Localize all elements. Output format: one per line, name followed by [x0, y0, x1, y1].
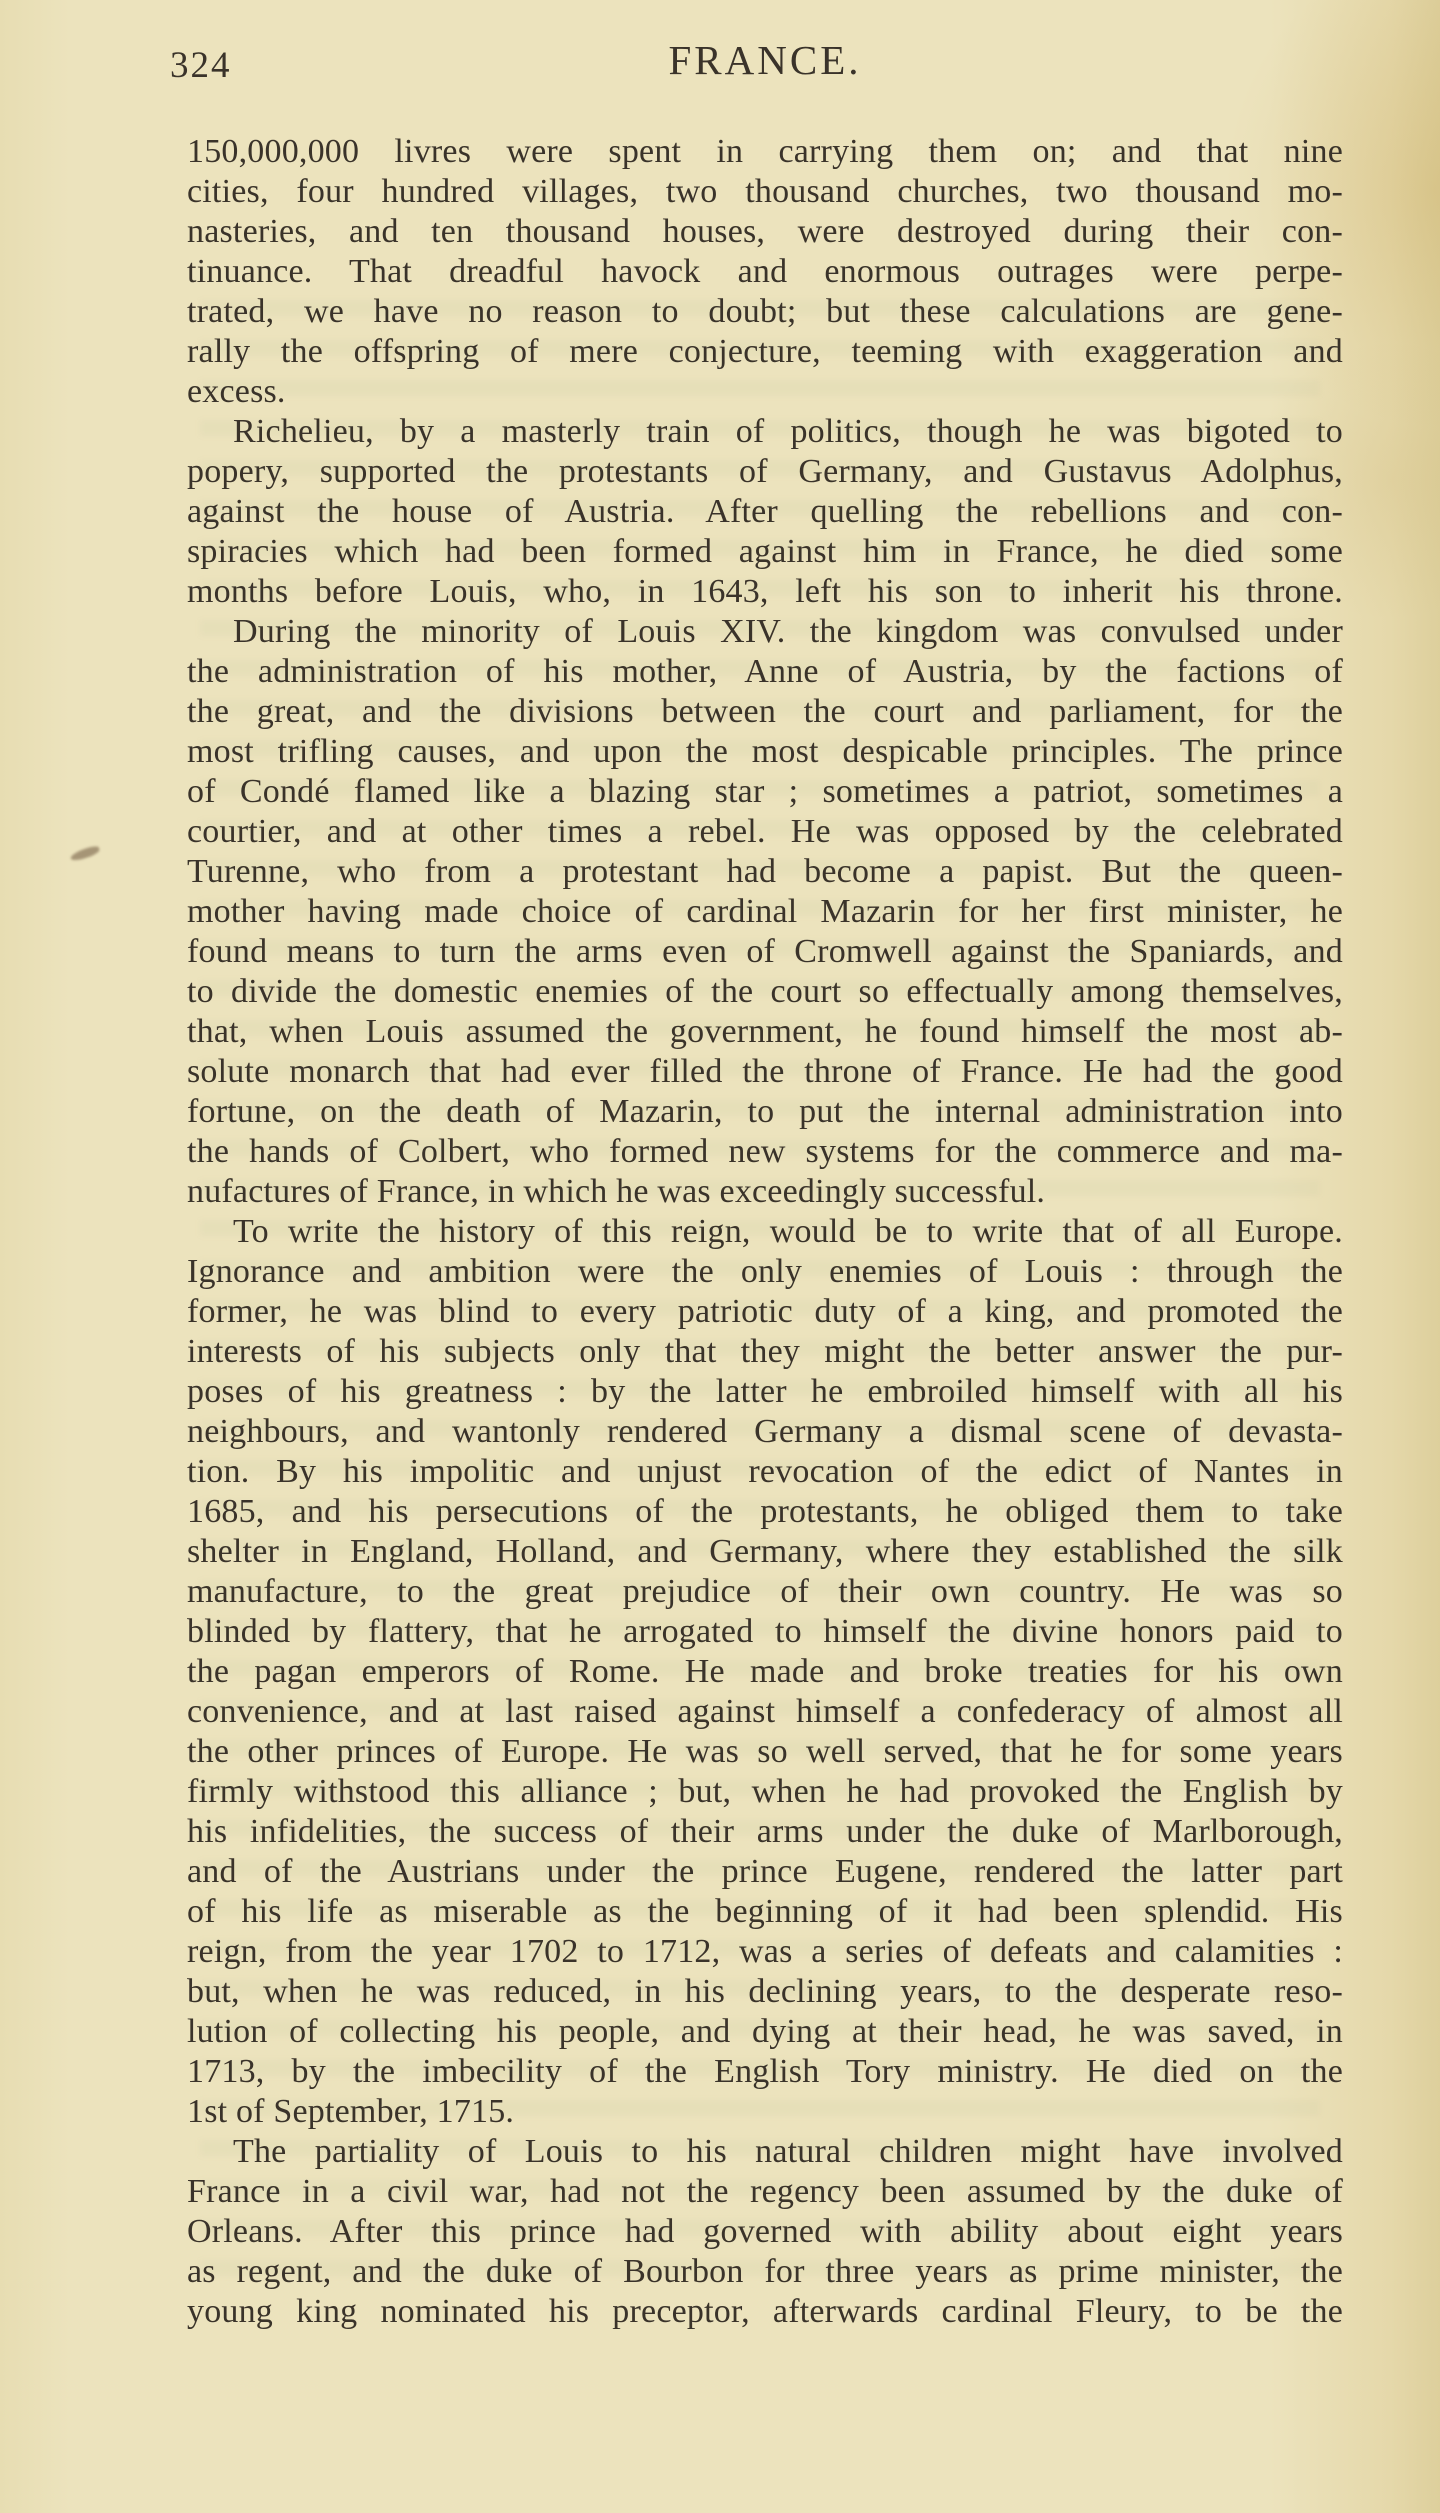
text-line: cities, four hundred villages, two thous…: [187, 172, 1343, 212]
text-line: the great, and the divisions between the…: [187, 692, 1343, 732]
text-line: nufactures of France, in which he was ex…: [187, 1172, 1343, 1212]
text-line: the other princes of Europe. He was so w…: [187, 1732, 1343, 1772]
text-line: Turenne, who from a protestant had becom…: [187, 852, 1343, 892]
text-line: of Condé flamed like a blazing star ; so…: [187, 772, 1343, 812]
paragraph: To write the history of this reign, woul…: [187, 1212, 1343, 2132]
text-line: manufacture, to the great prejudice of t…: [187, 1572, 1343, 1612]
text-line: spiracies which had been formed against …: [187, 532, 1343, 572]
paragraph: The partiality of Louis to his natural c…: [187, 2132, 1343, 2332]
text-line: as regent, and the duke of Bourbon for t…: [187, 2252, 1343, 2292]
text-line: tinuance. That dreadful havock and enorm…: [187, 252, 1343, 292]
text-line: The partiality of Louis to his natural c…: [187, 2132, 1343, 2172]
body-text: 150,000,000 livres were spent in carryin…: [187, 132, 1343, 2332]
text-line: of his life as miserable as the beginnin…: [187, 1892, 1343, 1932]
text-line: most trifling causes, and upon the most …: [187, 732, 1343, 772]
text-line: his infidelities, the success of their a…: [187, 1812, 1343, 1852]
text-line: rally the offspring of mere conjecture, …: [187, 332, 1343, 372]
text-line: young king nominated his preceptor, afte…: [187, 2292, 1343, 2332]
text-line: tion. By his impolitic and unjust revoca…: [187, 1452, 1343, 1492]
text-line: solute monarch that had ever filled the …: [187, 1052, 1343, 1092]
text-line: courtier, and at other times a rebel. He…: [187, 812, 1343, 852]
text-line: that, when Louis assumed the government,…: [187, 1012, 1343, 1052]
text-line: nasteries, and ten thousand houses, were…: [187, 212, 1343, 252]
running-title: FRANCE.: [187, 36, 1343, 84]
paragraph: Richelieu, by a masterly train of politi…: [187, 412, 1343, 612]
text-line: interests of his subjects only that they…: [187, 1332, 1343, 1372]
text-line: mother having made choice of cardinal Ma…: [187, 892, 1343, 932]
text-line: Ignorance and ambition were the only ene…: [187, 1252, 1343, 1292]
text-line: former, he was blind to every patriotic …: [187, 1292, 1343, 1332]
ink-smudge: [69, 845, 100, 863]
text-line: 150,000,000 livres were spent in carryin…: [187, 132, 1343, 172]
text-line: shelter in England, Holland, and Germany…: [187, 1532, 1343, 1572]
text-line: months before Louis, who, in 1643, left …: [187, 572, 1343, 612]
text-line: against the house of Austria. After quel…: [187, 492, 1343, 532]
text-line: and of the Austrians under the prince Eu…: [187, 1852, 1343, 1892]
text-line: firmly withstood this alliance ; but, wh…: [187, 1772, 1343, 1812]
paragraph: During the minority of Louis XIV. the ki…: [187, 612, 1343, 1212]
book-page: 324 FRANCE. 150,000,000 livres were spen…: [0, 0, 1440, 2513]
text-line: To write the history of this reign, woul…: [187, 1212, 1343, 1252]
text-line: the pagan emperors of Rome. He made and …: [187, 1652, 1343, 1692]
text-line: During the minority of Louis XIV. the ki…: [187, 612, 1343, 652]
text-line: the administration of his mother, Anne o…: [187, 652, 1343, 692]
text-line: the hands of Colbert, who formed new sys…: [187, 1132, 1343, 1172]
text-line: poses of his greatness : by the latter h…: [187, 1372, 1343, 1412]
text-line: 1713, by the imbecility of the English T…: [187, 2052, 1343, 2092]
text-line: reign, from the year 1702 to 1712, was a…: [187, 1932, 1343, 1972]
text-line: convenience, and at last raised against …: [187, 1692, 1343, 1732]
paragraph: 150,000,000 livres were spent in carryin…: [187, 132, 1343, 412]
text-line: excess.: [187, 372, 1343, 412]
text-line: France in a civil war, had not the regen…: [187, 2172, 1343, 2212]
text-line: popery, supported the protestants of Ger…: [187, 452, 1343, 492]
text-line: but, when he was reduced, in his declini…: [187, 1972, 1343, 2012]
text-line: Richelieu, by a masterly train of politi…: [187, 412, 1343, 452]
text-line: found means to turn the arms even of Cro…: [187, 932, 1343, 972]
text-line: 1685, and his persecutions of the protes…: [187, 1492, 1343, 1532]
text-line: Orleans. After this prince had governed …: [187, 2212, 1343, 2252]
text-line: lution of collecting his people, and dyi…: [187, 2012, 1343, 2052]
text-line: to divide the domestic enemies of the co…: [187, 972, 1343, 1012]
text-line: trated, we have no reason to doubt; but …: [187, 292, 1343, 332]
text-line: fortune, on the death of Mazarin, to put…: [187, 1092, 1343, 1132]
text-line: 1st of September, 1715.: [187, 2092, 1343, 2132]
text-line: blinded by flattery, that he arrogated t…: [187, 1612, 1343, 1652]
text-line: neighbours, and wantonly rendered German…: [187, 1412, 1343, 1452]
